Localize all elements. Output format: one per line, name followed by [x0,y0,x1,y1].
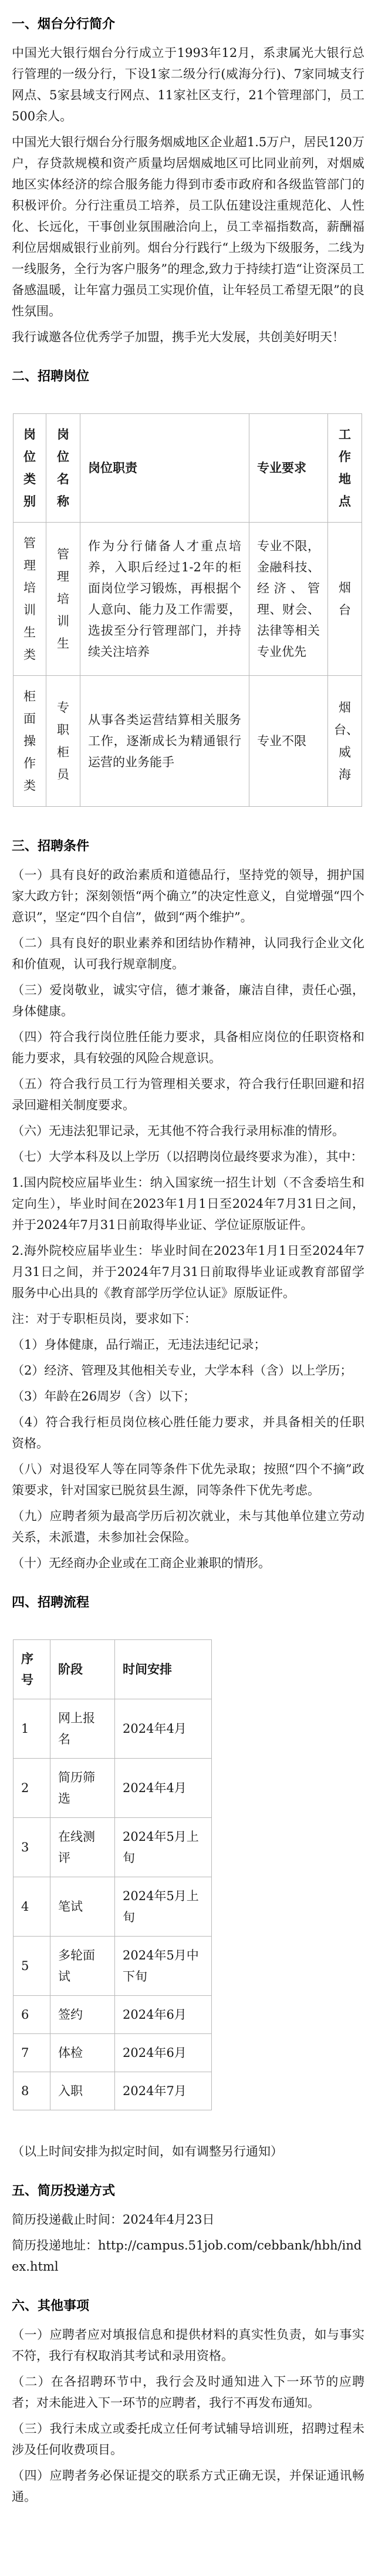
position-row: 柜面操作类 专职柜员 从事各类运营结算相关服务工作，逐渐成长为精通银行运营的业务… [13,676,362,807]
col-header-duty: 岗位职责 [80,414,249,523]
cell-category: 柜面操作类 [13,676,46,807]
cell-major: 专业不限 [249,676,328,807]
cell-time: 2024年5月中下旬 [115,1937,212,1996]
cell-time: 2024年4月 [115,1699,212,1759]
cell-stage: 网上报名 [50,1699,115,1759]
others-heading: 六、其他事项 [12,2297,364,2315]
intro-heading: 一、烟台分行简介 [12,15,364,33]
section-resume: 五、简历投递方式 简历投递截止时间：2024年4月23日 简历投递地址：http… [12,2182,364,2277]
cell-no: 3 [13,1818,50,1877]
condition-subitem: 1.国内院校应届毕业生：纳入国家统一招生计划（不含委培生和定向生），毕业时间在2… [12,1172,364,1235]
positions-table: 岗位类别 岗位名称 岗位职责 专业要求 工作地点 管理培训生类 管理培训生 作为… [13,413,362,807]
cell-category: 管理培训生类 [13,523,46,676]
section-intro: 一、烟台分行简介 中国光大银行烟台分行成立于1993年12月，系隶属光大银行总行… [12,15,364,348]
condition-note-item: （1）身体健康，品行端正，无违法违纪记录； [12,1334,364,1355]
recruitment-document: 一、烟台分行简介 中国光大银行烟台分行成立于1993年12月，系隶属光大银行总行… [0,0,375,2547]
condition-item: （五）符合我行员工行为管理相关要求，符合我行任职回避和招录回避相关制度要求。 [12,1073,364,1116]
cell-time: 2024年6月 [115,2034,212,2072]
positions-header-row: 岗位类别 岗位名称 岗位职责 专业要求 工作地点 [13,414,362,523]
condition-item: （二）具有良好的职业素养和团结协作精神，认同我行企业文化和价值观，认可我行规章制… [12,932,364,975]
intro-paragraph: 中国光大银行烟台分行服务烟威地区企业超1.5万户，居民120万户，存贷款规模和资… [12,132,364,322]
process-header-row: 序号 阶段 时间安排 [13,1640,212,1699]
condition-note-item: （2）经济、管理及其他相关专业，大学本科（含）以上学历； [12,1360,364,1381]
section-conditions: 三、招聘条件 （一）具有良好的政治素质和道德品行，坚持党的领导，拥护国家大政方针… [12,837,364,1574]
process-row: 3 在线测评 2024年5月上旬 [13,1818,212,1877]
intro-paragraph: 中国光大银行烟台分行成立于1993年12月，系隶属光大银行总行管理的一级分行，下… [12,42,364,127]
condition-item: （九）应聘者须为最高学历后初次就业，未与其他单位建立劳动关系，未派遣，未参加社会… [12,1506,364,1548]
col-header-no: 序号 [13,1640,50,1699]
condition-item: （四）符合我行岗位胜任能力要求，具备相应岗位的任职资格和能力要求，具有较强的风险… [12,1026,364,1069]
col-header-stage: 阶段 [50,1640,115,1699]
condition-item: （一）具有良好的政治素质和道德品行，坚持党的领导，拥护国家大政方针；深刻领悟“两… [12,864,364,928]
cell-time: 2024年6月 [115,1996,212,2034]
other-item: （三）我行未成立或委托成立任何考试辅导培训班，招聘过程未涉及任何收费项目。 [12,2418,364,2460]
cell-stage: 笔试 [50,1877,115,1937]
col-header-name: 岗位名称 [46,414,80,523]
cell-location: 烟台 [328,523,362,676]
cell-major: 专业不限，金融科技、经济、管理、财会、法律等相关专业优先 [249,523,328,676]
cell-no: 6 [13,1996,50,2034]
cell-name: 管理培训生 [46,523,80,676]
cell-no: 2 [13,1759,50,1818]
cell-stage: 体检 [50,2034,115,2072]
process-row: 8 入职 2024年7月 [13,2072,212,2110]
cell-no: 4 [13,1877,50,1937]
col-header-category: 岗位类别 [13,414,46,523]
condition-item: （六）无违法犯罪记录，无其他不符合我行录用标准的情形。 [12,1120,364,1141]
condition-item: （七）大学本科及以上学历（以招聘岗位最终要求为准），其中： [12,1146,364,1167]
cell-stage: 入职 [50,2072,115,2110]
other-item: （一）应聘者应对填报信息和提供材料的真实性负责，如与事实不符，我行有权取消其考试… [12,2324,364,2366]
process-row: 5 多轮面试 2024年5月中下旬 [13,1937,212,1996]
condition-item: （十）无经商办企业或在工商企业兼职的情形。 [12,1553,364,1574]
cell-name: 专职柜员 [46,676,80,807]
cell-location: 烟台、威海 [328,676,362,807]
condition-note-item: （4）符合我行柜员岗位核心胜任能力要求，并具备相关的任职资格。 [12,1412,364,1454]
col-header-time: 时间安排 [115,1640,212,1699]
resume-address: 简历投递地址：http://campus.51job.com/cebbank/h… [12,2235,364,2277]
process-row: 6 签约 2024年6月 [13,1996,212,2034]
process-row: 2 简历筛选 2024年4月 [13,1759,212,1818]
conditions-heading: 三、招聘条件 [12,837,364,855]
condition-item: （八）对退役军人等在同等条件下优先录取；按照“四个不摘”政策要求，针对国家已脱贫… [12,1459,364,1501]
cell-time: 2024年5月上旬 [115,1818,212,1877]
intro-paragraph: 我行诚邀各位优秀学子加盟，携手光大发展，共创美好明天！ [12,326,364,348]
col-header-location: 工作地点 [328,414,362,523]
process-table: 序号 阶段 时间安排 1 网上报名 2024年4月 2 简历筛选 2024年4月… [13,1639,212,2110]
condition-note: 注：对于专职柜员岗，要求如下： [12,1308,364,1329]
process-row: 7 体检 2024年6月 [13,2034,212,2072]
condition-subitem: 2.海外院校应届毕业生：毕业时间在2023年1月1日至2024年7月31日之间，… [12,1240,364,1304]
condition-item: （三）爱岗敬业，诚实守信，德才兼备，廉洁自律，责任心强，身体健康。 [12,979,364,1022]
process-note: （以上时间安排为拟定时间，如有调整另行通知） [12,2141,364,2162]
position-row: 管理培训生类 管理培训生 作为分行储备人才重点培养，入职后经过1-2年的柜面岗位… [13,523,362,676]
process-row: 4 笔试 2024年5月上旬 [13,1877,212,1937]
cell-time: 2024年5月上旬 [115,1877,212,1937]
cell-no: 8 [13,2072,50,2110]
cell-no: 1 [13,1699,50,1759]
cell-no: 5 [13,1937,50,1996]
cell-stage: 签约 [50,1996,115,2034]
section-positions: 二、招聘岗位 岗位类别 岗位名称 岗位职责 专业要求 工作地点 管理培训生类 管… [12,368,364,807]
resume-heading: 五、简历投递方式 [12,2182,364,2200]
cell-stage: 简历筛选 [50,1759,115,1818]
section-others: 六、其他事项 （一）应聘者应对填报信息和提供材料的真实性负责，如与事实不符，我行… [12,2297,364,2507]
cell-stage: 多轮面试 [50,1937,115,1996]
cell-duty: 从事各类运营结算相关服务工作，逐渐成长为精通银行运营的业务能手 [80,676,249,807]
col-header-major: 专业要求 [249,414,328,523]
cell-duty: 作为分行储备人才重点培养，入职后经过1-2年的柜面岗位学习锻炼，再根据个人意向、… [80,523,249,676]
cell-time: 2024年7月 [115,2072,212,2110]
process-row: 1 网上报名 2024年4月 [13,1699,212,1759]
positions-heading: 二、招聘岗位 [12,368,364,385]
resume-deadline: 简历投递截止时间：2024年4月23日 [12,2209,364,2230]
other-item: （二）在各招聘环节中，我行会及时通知进入下一环节的应聘者；对未能进入下一环节的应… [12,2371,364,2413]
other-item: （四）应聘者务必保证提交的联系方式正确无误，并保证通讯畅通。 [12,2465,364,2507]
cell-stage: 在线测评 [50,1818,115,1877]
cell-no: 7 [13,2034,50,2072]
cell-time: 2024年4月 [115,1759,212,1818]
section-process: 四、招聘流程 序号 阶段 时间安排 1 网上报名 2024年4月 2 [12,1594,364,2162]
condition-note-item: （3）年龄在26周岁（含）以下； [12,1386,364,1407]
process-heading: 四、招聘流程 [12,1594,364,1611]
